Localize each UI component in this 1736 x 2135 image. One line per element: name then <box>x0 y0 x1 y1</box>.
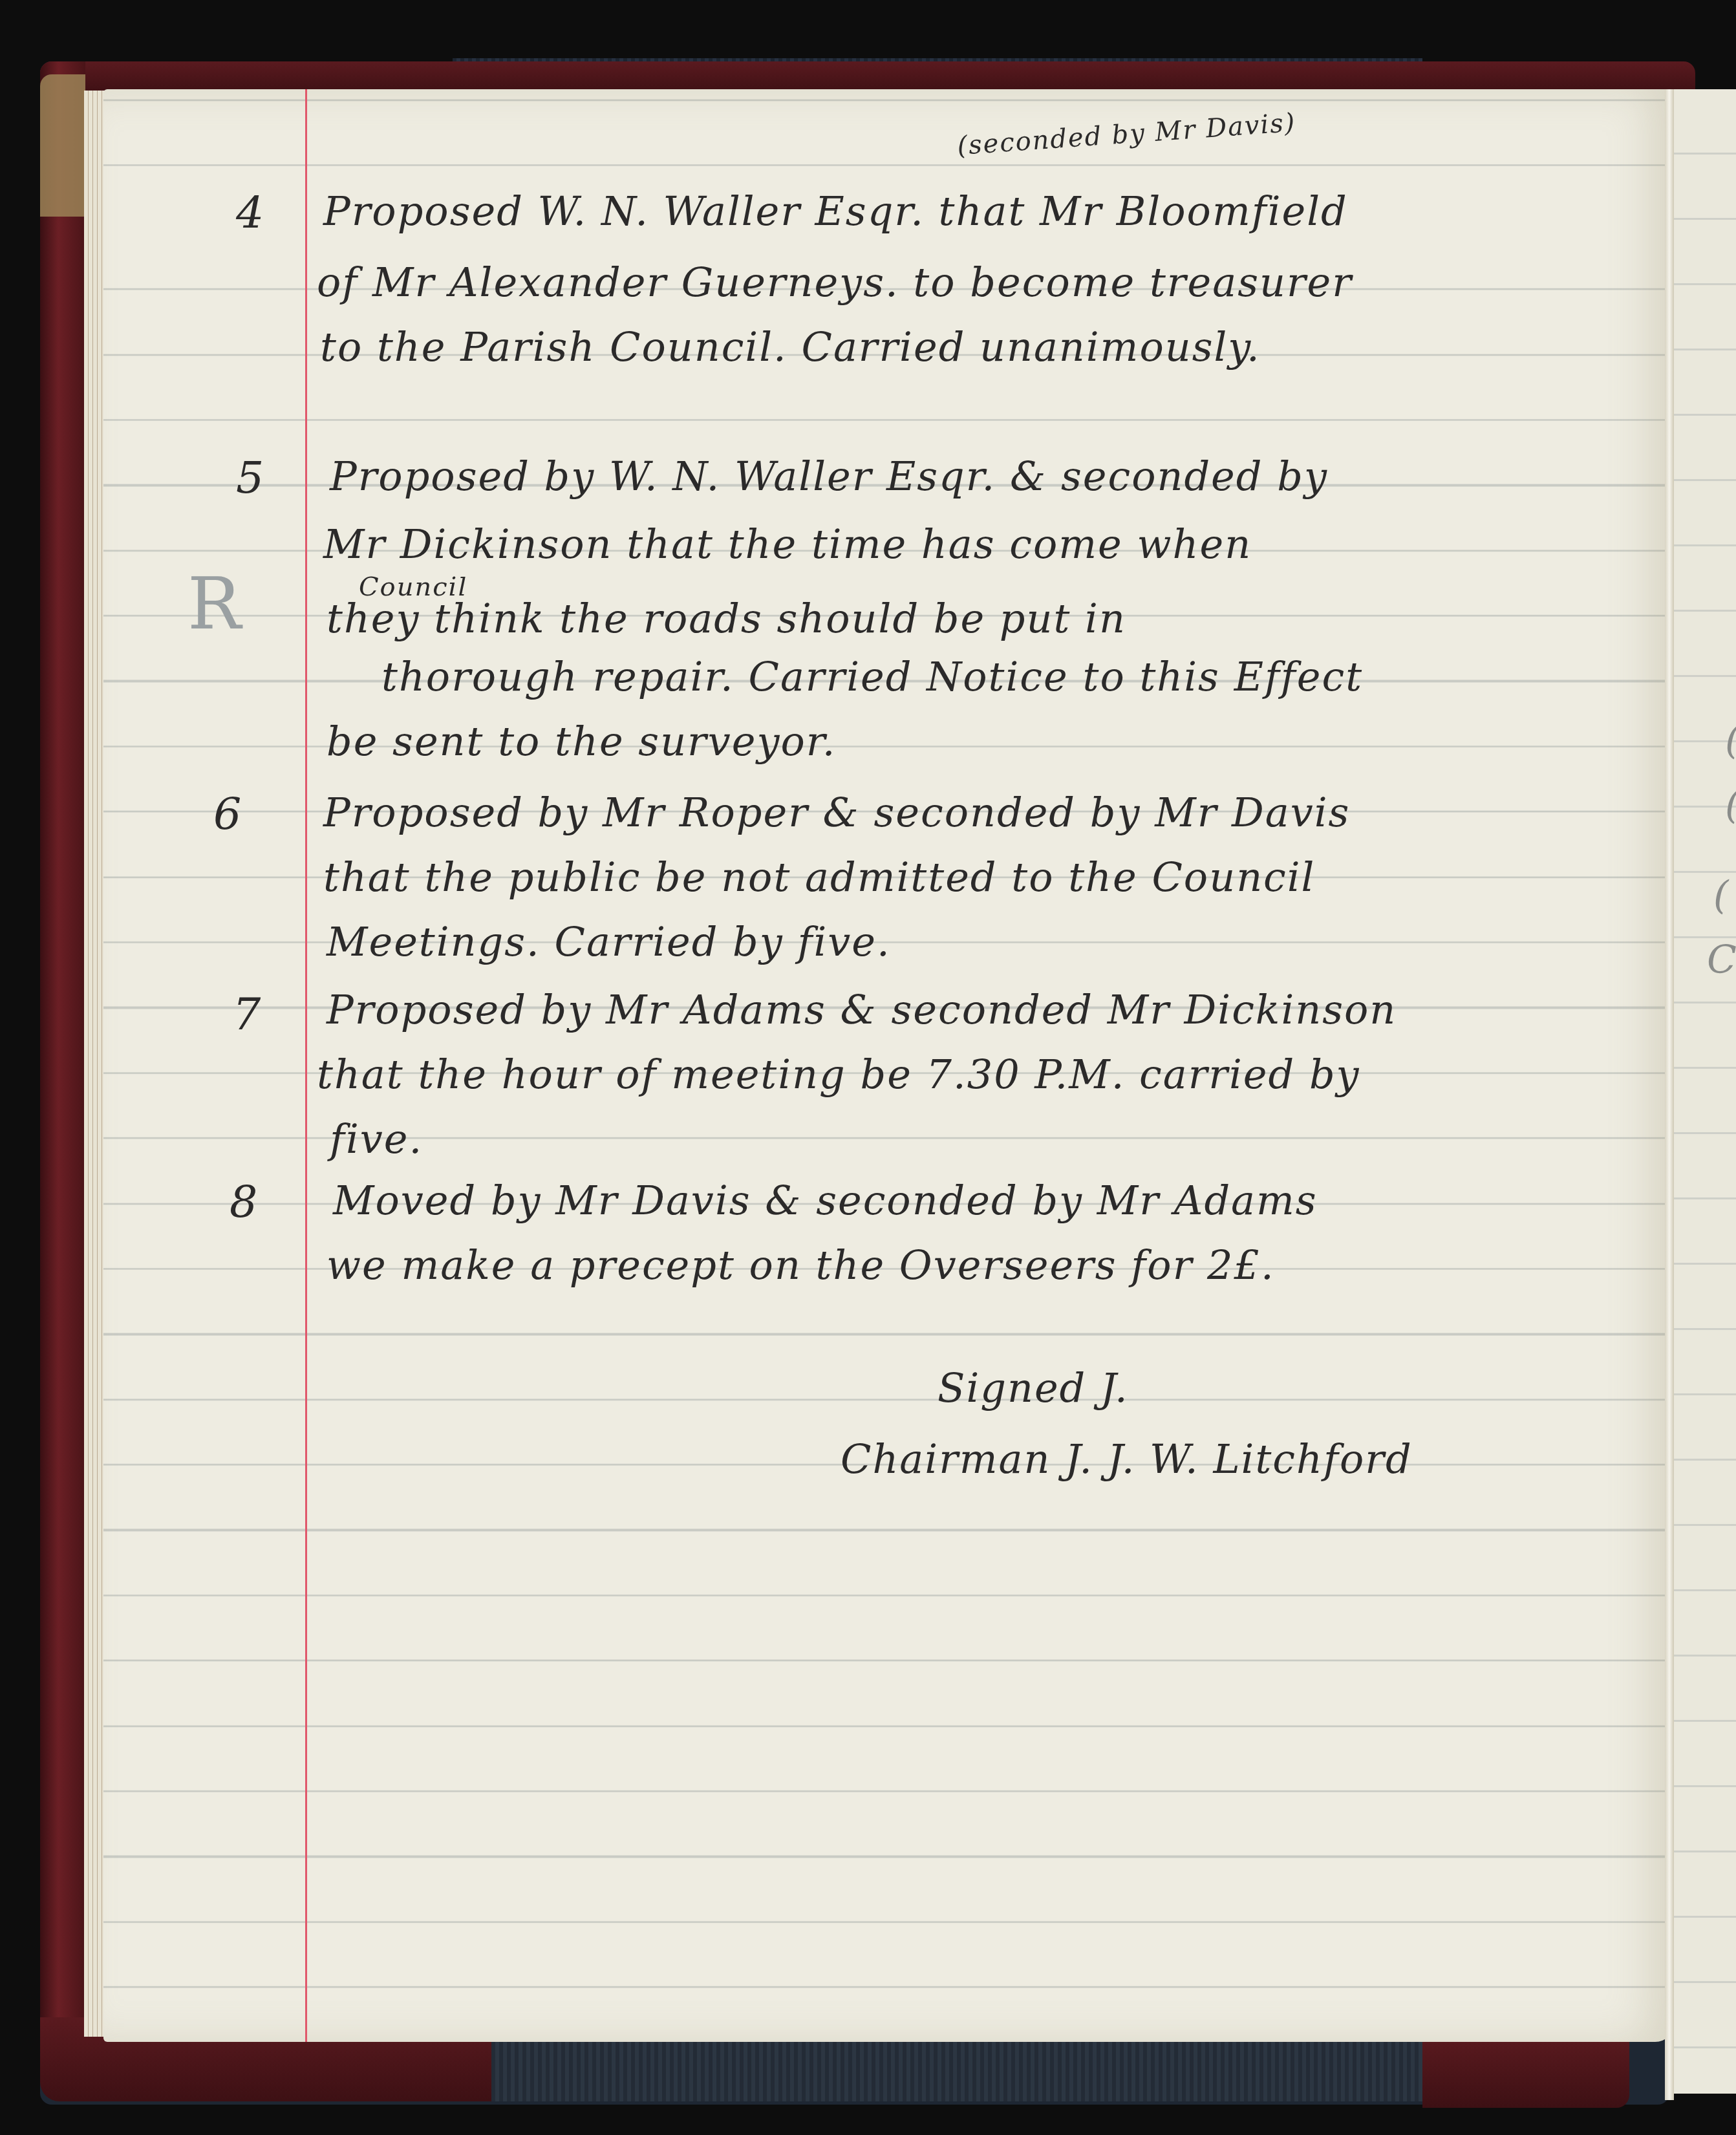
page-fold <box>1665 89 1674 2100</box>
leather-binding-left <box>40 61 85 2040</box>
item-line: Proposed by Mr Adams & seconded Mr Dicki… <box>327 986 1397 1033</box>
facing-page <box>1669 89 1736 2094</box>
item-line: five. <box>330 1115 423 1163</box>
item-line: they think the roads should be put in <box>327 595 1126 642</box>
item-line: we make a precept on the Overseers for 2… <box>327 1241 1275 1289</box>
item-number: 8 <box>230 1177 257 1228</box>
facing-page-fragment: C <box>1707 938 1736 983</box>
item-line: Moved by Mr Davis & seconded by Mr Adams <box>333 1177 1318 1224</box>
item-line: Meetings. Carried by five. <box>327 918 891 965</box>
item-line: Proposed by W. N. Waller Esqr. & seconde… <box>330 453 1328 500</box>
signature-chairman: Chairman J. J. W. Litchford <box>841 1435 1413 1483</box>
item-line: be sent to the surveyor. <box>327 718 836 765</box>
item-line: Proposed W. N. Waller Esqr. that Mr Bloo… <box>323 188 1348 235</box>
item-line: Mr Dickinson that the time has come when <box>323 520 1252 568</box>
item-number: 5 <box>236 453 264 504</box>
item-line: that the public be not admitted to the C… <box>323 853 1315 901</box>
item-line: that the hour of meeting be 7.30 P.M. ca… <box>317 1051 1360 1098</box>
item-number: 6 <box>213 789 241 840</box>
item-line: Proposed by Mr Roper & seconded by Mr Da… <box>323 789 1350 836</box>
facing-page-fragment: ( <box>1725 782 1736 828</box>
margin-rule <box>305 89 307 2042</box>
facing-page-fragment: ( <box>1725 718 1736 763</box>
signature-signed: Signed J. <box>938 1364 1129 1411</box>
item-line: thorough repair. Carried Notice to this … <box>381 653 1363 700</box>
leather-corner-bottom-right <box>1422 2037 1629 2108</box>
item-line: to the Parish Council. Carried unanimous… <box>320 323 1261 370</box>
pencil-margin-mark: R <box>188 563 241 645</box>
worn-corner <box>40 74 85 217</box>
item-number: 7 <box>233 989 261 1040</box>
item-number: 4 <box>236 188 264 239</box>
item-line: of Mr Alexander Guerneys. to become trea… <box>317 259 1353 306</box>
facing-page-fragment: ( <box>1713 873 1728 918</box>
